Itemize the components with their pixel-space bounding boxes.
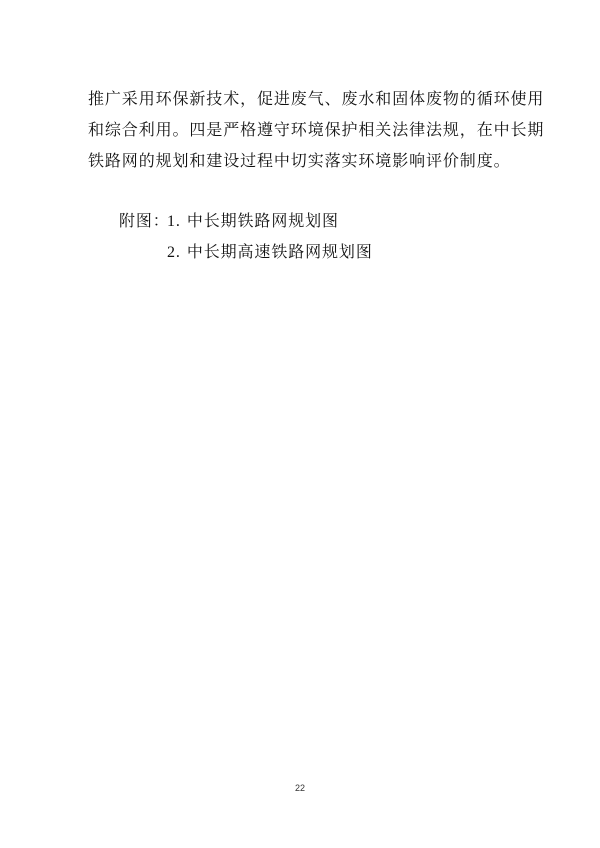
attachments-label: 附图： <box>119 211 170 231</box>
paragraph-line-3: 铁路网的规划和建设过程中切实落实环境影响评价制度。 <box>88 151 511 171</box>
attachment-title: 中长期高速铁路网规划图 <box>187 242 373 261</box>
attachment-item-1: 1.中长期铁路网规划图 <box>167 211 339 232</box>
attachment-title: 中长期铁路网规划图 <box>187 211 339 230</box>
page-number: 22 <box>0 783 600 793</box>
attachment-number: 2. <box>167 244 181 261</box>
paragraph-line-1: 推广采用环保新技术，促进废气、废水和固体废物的循环使用 <box>88 89 544 109</box>
attachment-number: 1. <box>167 213 181 230</box>
paragraph-line-2: 和综合利用。四是严格遵守环境保护相关法律法规，在中长期 <box>88 120 544 140</box>
attachment-item-2: 2.中长期高速铁路网规划图 <box>167 242 373 263</box>
